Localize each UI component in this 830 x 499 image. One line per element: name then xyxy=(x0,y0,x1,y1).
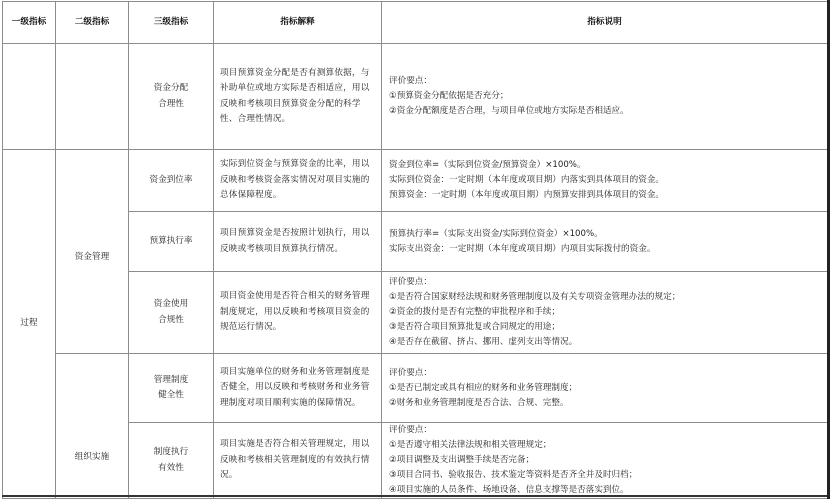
note-line: ①是否符合国家财经法规和财务管理制度以及有关专项资金管理办法的规定； xyxy=(389,290,821,305)
level3-cell: 制度执行 有效性 xyxy=(129,423,214,499)
note-line: ④是否存在截留、挤占、挪用、虚列支出等情况。 xyxy=(389,335,821,350)
level3-cell: 预算执行率 xyxy=(129,212,214,272)
note-line: ③是否符合项目预算批复或合同规定的用途； xyxy=(389,320,821,335)
header-explanation: 指标解释 xyxy=(214,2,382,44)
note-line: ①是否已制定或具有相应的财务和业务管理制度； xyxy=(389,381,821,396)
level2-label: 组织实施 xyxy=(75,452,109,462)
level3-line: 资金使用 xyxy=(129,297,213,313)
header-row: 一级指标 二级指标 三级指标 指标解释 指标说明 xyxy=(3,2,828,44)
level3-line: 管理制度 xyxy=(129,373,213,389)
notes-cell: 预算执行率=（实际支出资金/实际到位资金）×100%。 实际支出资金：一定时期（… xyxy=(382,212,828,272)
note-line: ①预算资金分配依据是否充分； xyxy=(389,89,821,104)
level3-line: 合规性 xyxy=(129,313,213,329)
explanation-cell: 项目实施单位的财务和业务管理制度是否健全，用以反映和考核财务和业务管理制度对项目… xyxy=(214,354,382,423)
note-line: ②财务和业务管理制度是否合法、合规、完整。 xyxy=(389,396,821,411)
table-row: 资金分配 合理性 项目预算资金分配是否有测算依据，与补助单位或地方实际是否相适应… xyxy=(3,44,828,150)
level3-line: 有效性 xyxy=(129,461,213,477)
level1-cell: 过程 xyxy=(3,150,56,499)
table-row: 过程 资金管理 资金到位率 实际到位资金与预算资金的比率，用以反映和考核资金落实… xyxy=(3,150,828,212)
explanation-cell: 项目实施是否符合相关管理规定，用以反映和考核相关管理制度的有效执行情况。 xyxy=(214,423,382,499)
note-line: ①是否遵守相关法律法规和相关管理规定； xyxy=(389,438,821,453)
note-line: 实际到位资金：一定时期（本年度或项目期）内落实到具体项目的资金。 xyxy=(389,173,821,188)
level3-line: 预算执行率 xyxy=(129,234,213,250)
bottom-border xyxy=(2,495,828,497)
note-line: ②项目调整及支出调整手续是否完备； xyxy=(389,453,821,468)
explanation-cell: 项目资金使用是否符合相关的财务管理制度规定，用以反映和考核项目资金的规范运行情况… xyxy=(214,272,382,354)
note-line: 预算执行率=（实际支出资金/实际到位资金）×100%。 xyxy=(389,227,821,242)
level3-line: 制度执行 xyxy=(129,445,213,461)
header-level1: 一级指标 xyxy=(3,2,56,44)
level3-cell: 资金使用 合规性 xyxy=(129,272,214,354)
level3-cell: 管理制度 健全性 xyxy=(129,354,214,423)
level3-line: 资金到位率 xyxy=(129,173,213,189)
explanation-cell: 项目预算资金是否按照计划执行，用以反映或考核项目预算执行情况。 xyxy=(214,212,382,272)
note-line: 评价要点： xyxy=(389,275,821,290)
level2-cell: 资金管理 xyxy=(56,150,129,354)
note-line: 评价要点： xyxy=(389,74,821,89)
explanation-cell: 实际到位资金与预算资金的比率，用以反映和考核资金落实情况对项目实施的总体保障程度… xyxy=(214,150,382,212)
level2-cell: 组织实施 xyxy=(56,354,129,499)
table-row: 组织实施 管理制度 健全性 项目实施单位的财务和业务管理制度是否健全，用以反映和… xyxy=(3,354,828,423)
notes-cell: 评价要点： ①是否已制定或具有相应的财务和业务管理制度； ②财务和业务管理制度是… xyxy=(382,354,828,423)
header-level2: 二级指标 xyxy=(56,2,129,44)
level3-line: 资金分配 xyxy=(129,81,213,97)
note-line: 预算资金：一定时期（本年度或项目期）内预算安排到具体项目的资金。 xyxy=(389,188,821,203)
level2-label: 资金管理 xyxy=(75,252,109,262)
notes-cell: 评价要点： ①是否遵守相关法律法规和相关管理规定； ②项目调整及支出调整手续是否… xyxy=(382,423,828,499)
level3-cell: 资金分配 合理性 xyxy=(129,44,214,150)
notes-cell: 评价要点： ①预算资金分配依据是否充分； ②资金分配额度是否合理，与项目单位或地… xyxy=(382,44,828,150)
level3-cell: 资金到位率 xyxy=(129,150,214,212)
header-notes: 指标说明 xyxy=(382,2,828,44)
notes-cell: 评价要点： ①是否符合国家财经法规和财务管理制度以及有关专项资金管理办法的规定；… xyxy=(382,272,828,354)
note-line: 实际支出资金：一定时期（本年度或项目期）内项目实际拨付的资金。 xyxy=(389,242,821,257)
explanation-cell: 项目预算资金分配是否有测算依据，与补助单位或地方实际是否相适应，用以反映和考核项… xyxy=(214,44,382,150)
level1-cell xyxy=(3,44,56,150)
level3-line: 合理性 xyxy=(129,97,213,113)
indicator-table: 一级指标 二级指标 三级指标 指标解释 指标说明 资金分配 合理性 项目预算资金… xyxy=(2,1,828,499)
note-line: 资金到位率=（实际到位资金/预算资金）×100%。 xyxy=(389,158,821,173)
notes-cell: 资金到位率=（实际到位资金/预算资金）×100%。 实际到位资金：一定时期（本年… xyxy=(382,150,828,212)
note-line: 评价要点： xyxy=(389,366,821,381)
note-line: ②资金的拨付是否有完整的审批程序和手续； xyxy=(389,305,821,320)
note-line: 评价要点： xyxy=(389,423,821,438)
note-line: ③项目合同书、验收报告、技术鉴定等资料是否齐全并及时归档； xyxy=(389,468,821,483)
header-level3: 三级指标 xyxy=(129,2,214,44)
level2-cell xyxy=(56,44,129,150)
level3-line: 健全性 xyxy=(129,388,213,404)
note-line: ②资金分配额度是否合理，与项目单位或地方实际是否相适应。 xyxy=(389,104,821,119)
